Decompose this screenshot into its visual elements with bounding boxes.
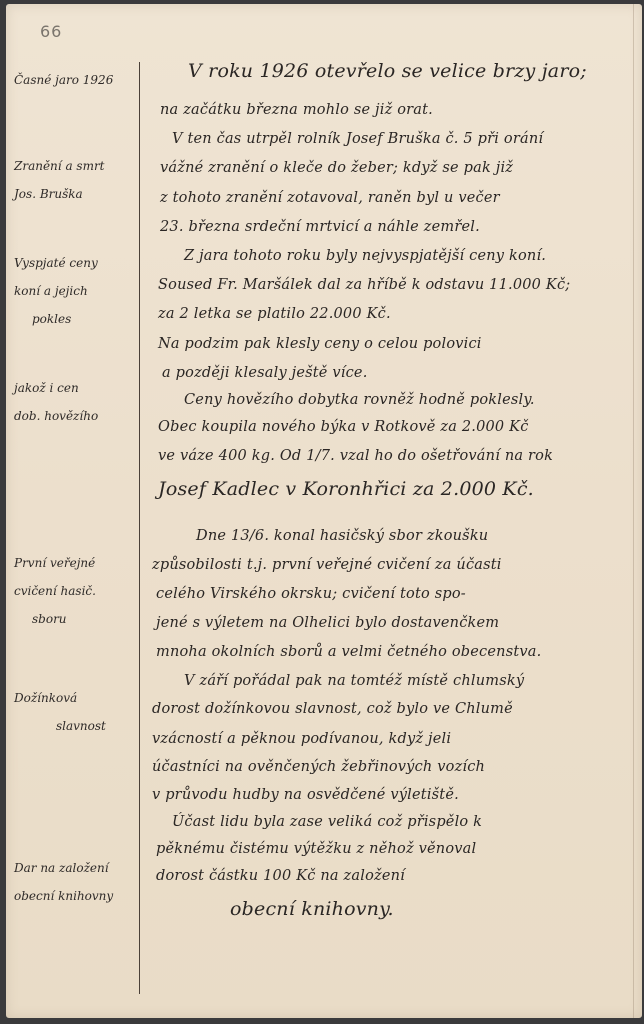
page-number: 66: [40, 22, 62, 41]
handwritten-line: vzácností a pěknou podívanou, když jeli: [152, 731, 451, 747]
handwritten-line: na začátku března mohlo se již orat.: [160, 102, 433, 118]
margin-note-line: jakož i cen: [14, 374, 132, 402]
margin-note-line: První veřejné: [14, 549, 132, 577]
handwritten-line: způsobilosti t.j. první veřejné cvičení …: [152, 557, 502, 573]
margin-note-line: pokles: [14, 305, 132, 333]
handwritten-line: a později klesaly ještě více.: [162, 365, 368, 381]
handwritten-line: účastníci na ověnčených žebřinových vozí…: [152, 759, 485, 775]
margin-note-line: sboru: [14, 605, 132, 633]
margin-note-line: koní a jejich: [14, 277, 132, 305]
handwritten-line: celého Virského okrsku; cvičení toto spo…: [156, 586, 466, 602]
margin-note-line: Časné jaro 1926: [14, 66, 132, 94]
handwritten-line: obecní knihovny.: [230, 898, 394, 920]
margin-note-line: slavnost: [14, 712, 132, 740]
margin-note: Zranění a smrtJos. Bruška: [14, 152, 132, 208]
margin-rule-line: [139, 62, 140, 994]
margin-note-line: Zranění a smrt: [14, 152, 132, 180]
margin-note: Dar na založeníobecní knihovny: [14, 854, 132, 910]
handwritten-line: dorost dožínkovou slavnost, což bylo ve …: [152, 701, 513, 717]
margin-note-line: obecní knihovny: [14, 882, 132, 910]
margin-note: Vyspjaté cenykoní a jejichpokles: [14, 249, 132, 333]
handwritten-line: Z jara tohoto roku byly nejvyspjatější c…: [184, 248, 546, 264]
handwritten-line: 23. března srdeční mrtvicí a náhle zemře…: [160, 219, 480, 235]
margin-note-line: Dar na založení: [14, 854, 132, 882]
handwritten-line: jené s výletem na Olhelici bylo dostaven…: [156, 615, 499, 631]
margin-note-line: cvičení hasič.: [14, 577, 132, 605]
handwritten-line: Dne 13/6. konal hasičský sbor zkoušku: [196, 528, 488, 544]
page-binding-edge: [633, 4, 634, 1018]
handwritten-line: Obec koupila nového býka v Rotkově za 2.…: [158, 419, 529, 435]
margin-note-line: Dožínková: [14, 684, 132, 712]
handwritten-line: Účast lidu byla zase veliká což přispělo…: [172, 814, 482, 830]
handwritten-line: V roku 1926 otevřelo se velice brzy jaro…: [188, 60, 587, 82]
handwritten-line: vážné zranění o kleče do žeber; když se …: [160, 160, 513, 176]
margin-note: jakož i cendob. hovězího: [14, 374, 132, 430]
handwritten-line: z tohoto zranění zotavoval, raněn byl u …: [160, 190, 500, 206]
ledger-page: 66 Časné jaro 1926Zranění a smrtJos. Bru…: [6, 4, 642, 1018]
margin-note-line: Vyspjaté ceny: [14, 249, 132, 277]
margin-note: Dožínkováslavnost: [14, 684, 132, 740]
handwritten-line: dorost částku 100 Kč na založení: [156, 868, 405, 884]
handwritten-line: mnoha okolních sborů a velmi četného obe…: [156, 644, 541, 660]
handwritten-line: Soused Fr. Maršálek dal za hříbě k odsta…: [158, 277, 570, 293]
handwritten-line: V září pořádal pak na tomtéž místě chlum…: [184, 673, 524, 689]
margin-note-line: Jos. Bruška: [14, 180, 132, 208]
margin-note-line: dob. hovězího: [14, 402, 132, 430]
margin-note: První veřejnécvičení hasič.sboru: [14, 549, 132, 633]
handwritten-line: Na podzim pak klesly ceny o celou polovi…: [158, 336, 482, 352]
handwritten-line: za 2 letka se platilo 22.000 Kč.: [158, 306, 391, 322]
handwritten-line: ve váze 400 kg. Od 1/7. vzal ho do ošetř…: [158, 448, 553, 464]
handwritten-line: V ten čas utrpěl rolník Josef Bruška č. …: [172, 131, 543, 147]
handwritten-line: Josef Kadlec v Koronhřici za 2.000 Kč.: [158, 478, 534, 500]
handwritten-line: pěknému čistému výtěžku z něhož věnoval: [156, 841, 476, 857]
handwritten-line: v průvodu hudby na osvědčené výletiště.: [152, 787, 459, 803]
margin-note: Časné jaro 1926: [14, 66, 132, 94]
handwritten-line: Ceny hovězího dobytka rovněž hodně pokle…: [184, 392, 535, 408]
